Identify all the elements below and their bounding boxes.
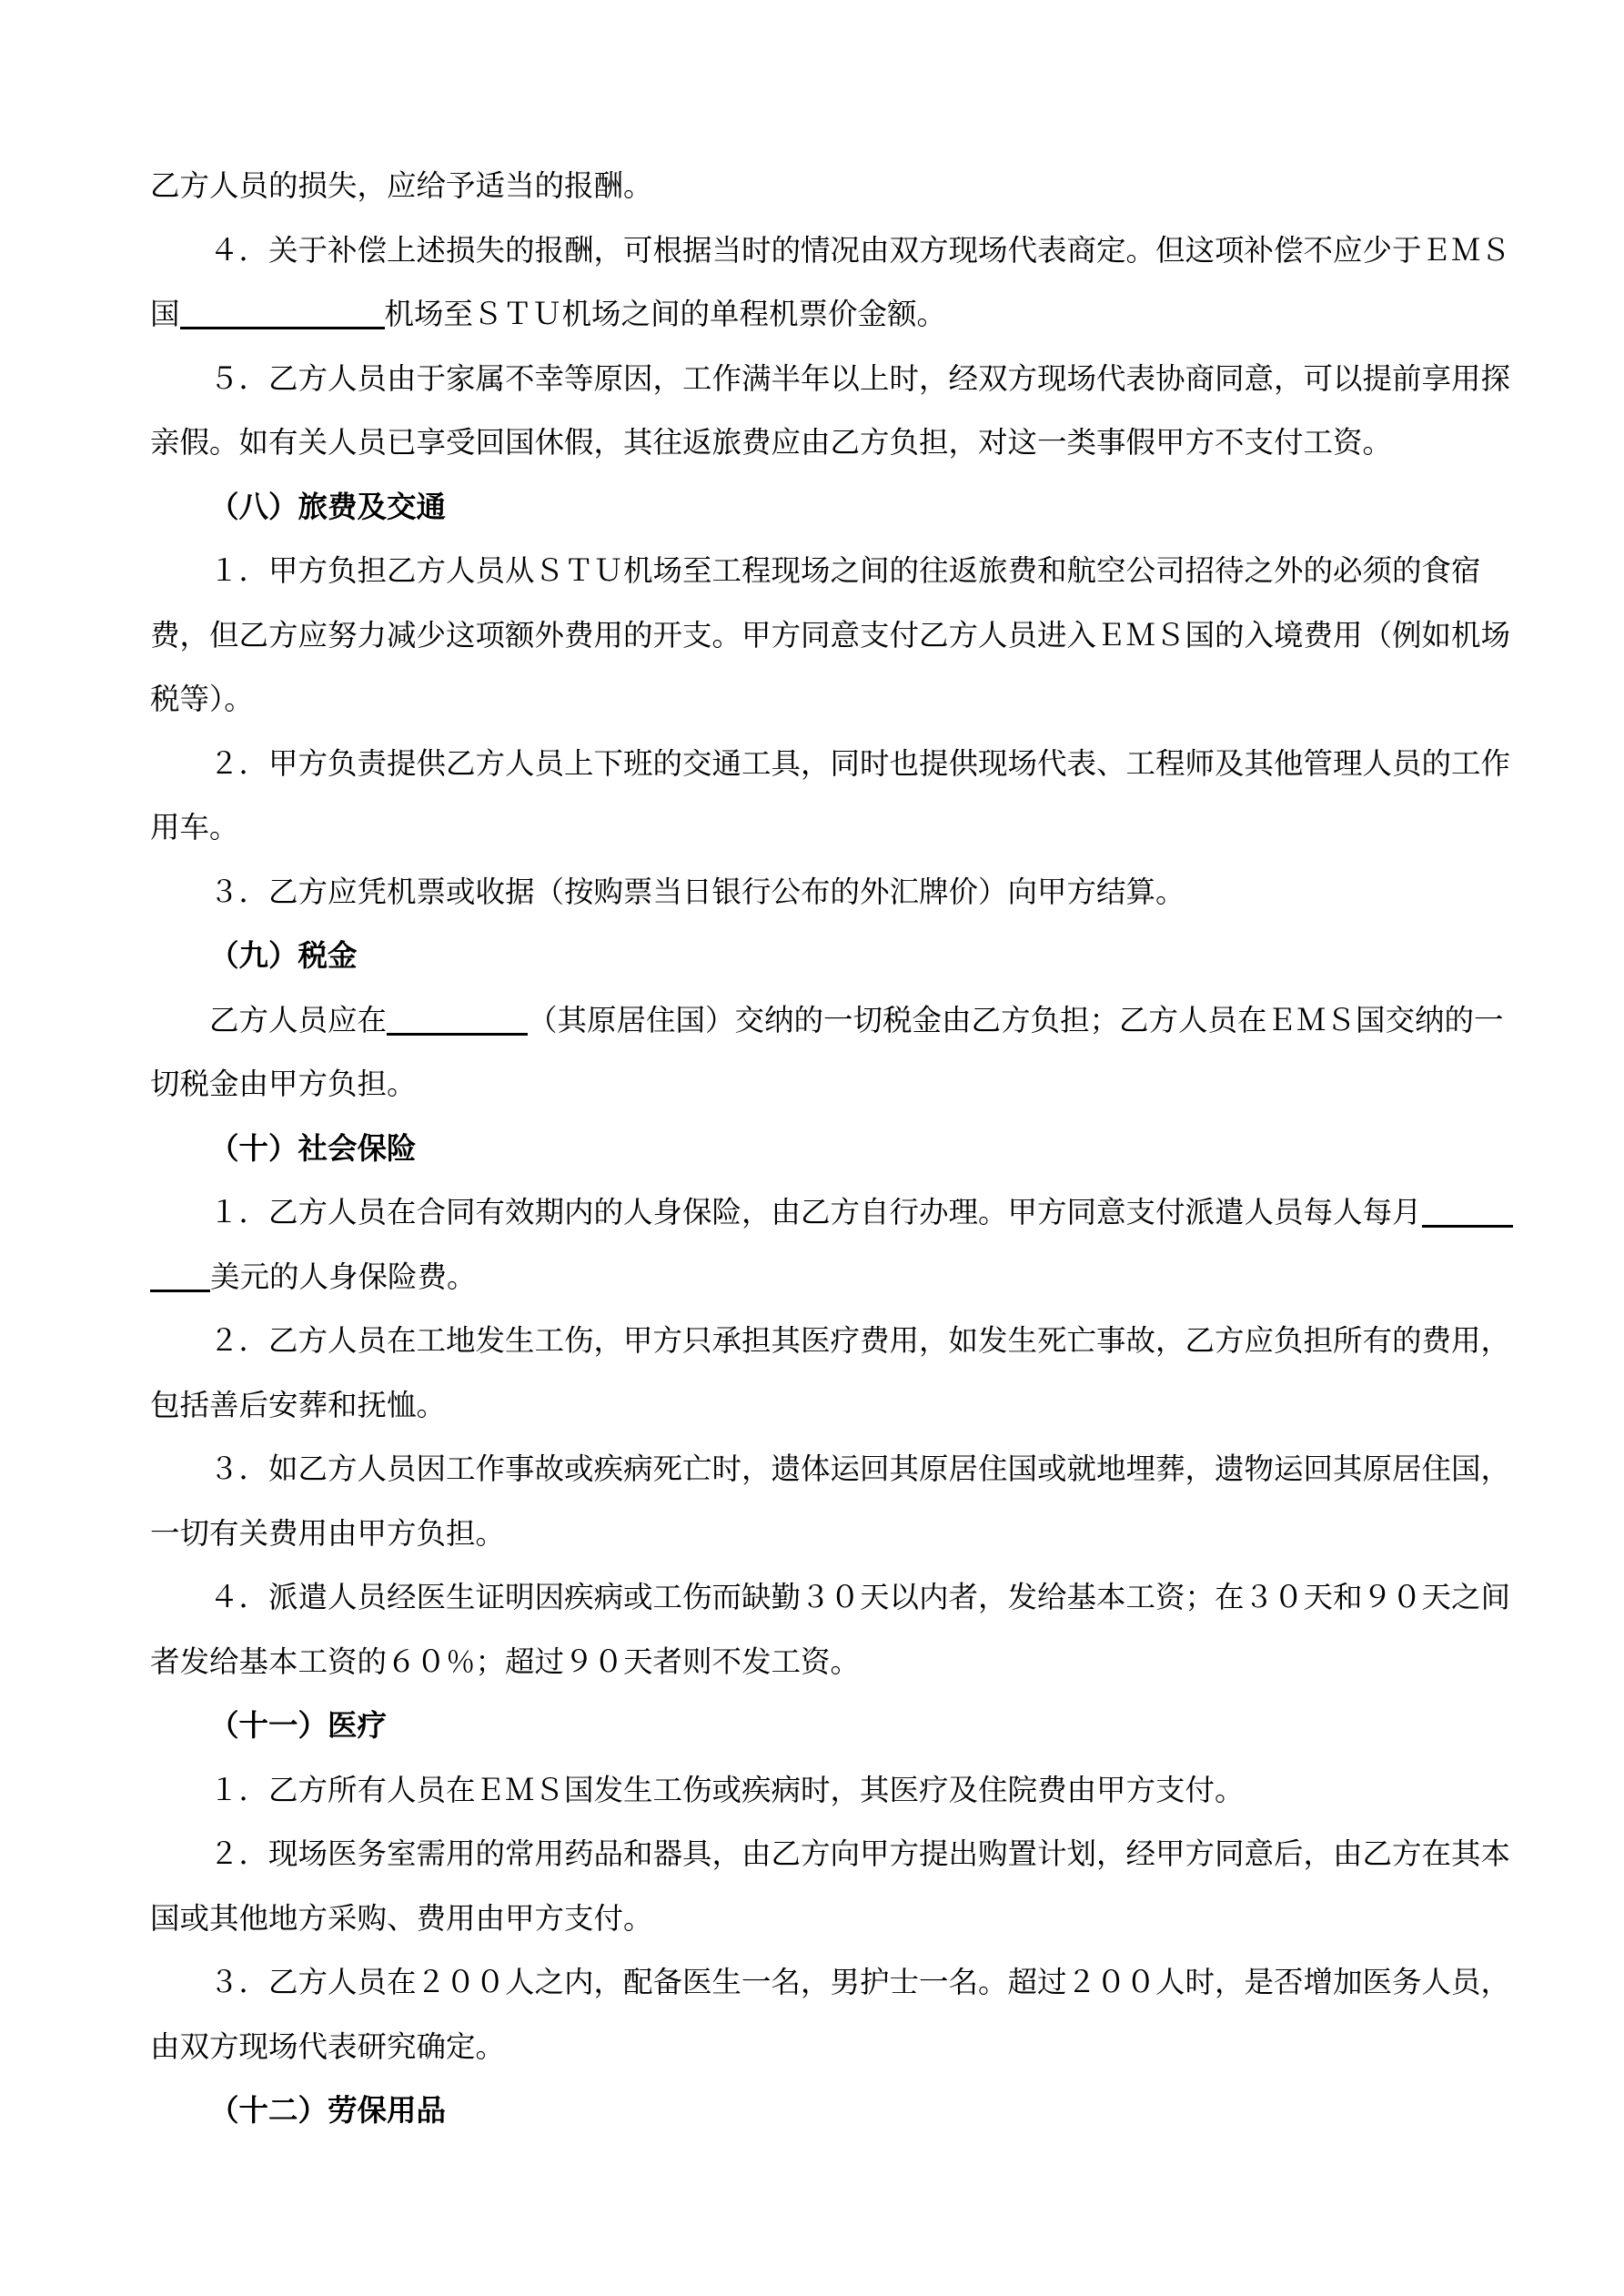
text-run: 乙方人员应在 bbox=[209, 1005, 387, 1037]
document-line: 国机场至ＳＴＵ机场之间的单程机票价金额。 bbox=[150, 283, 1522, 348]
text-run: 用车。 bbox=[150, 812, 239, 845]
text-run: １．乙方所有人员在ＥＭＳ国发生工伤或疾病时，其医疗及住院费由甲方支付。 bbox=[209, 1775, 1245, 1807]
text-run: 由双方现场代表研究确定。 bbox=[150, 2031, 505, 2064]
section-heading: （十一）医疗 bbox=[150, 1694, 1522, 1759]
document-line: 乙方人员的损失，应给予适当的报酬。 bbox=[150, 155, 1522, 219]
text-run: 者发给基本工资的６０％；超过９０天者则不发工资。 bbox=[150, 1646, 860, 1679]
text-run: （十）社会保险 bbox=[209, 1133, 417, 1166]
fill-in-blank-underline bbox=[1422, 1221, 1513, 1228]
fill-in-blank-underline bbox=[387, 1029, 528, 1036]
text-run: （十一）医疗 bbox=[209, 1710, 387, 1743]
document-line: 包括善后安葬和抚恤。 bbox=[150, 1374, 1522, 1439]
text-run: 亲假。如有关人员已享受回国休假，其往返旅费应由乙方负担，对这一类事假甲方不支付工… bbox=[150, 427, 1392, 460]
fill-in-blank-underline bbox=[180, 323, 385, 329]
text-run: １．乙方人员在合同有效期内的人身保险，由乙方自行办理。甲方同意支付派遣人员每人每… bbox=[209, 1197, 1422, 1229]
text-run: 切税金由甲方负担。 bbox=[150, 1068, 417, 1101]
text-run: （十二）劳保用品 bbox=[209, 2095, 446, 2128]
document-line: 切税金由甲方负担。 bbox=[150, 1053, 1522, 1118]
text-run: １．甲方负担乙方人员从ＳＴＵ机场至工程现场之间的往返旅费和航空公司招待之外的必须… bbox=[209, 555, 1481, 588]
document-line: 国或其他地方采购、费用由甲方支付。 bbox=[150, 1887, 1522, 1952]
section-heading: （九）税金 bbox=[150, 925, 1522, 989]
text-run: （其原居住国）交纳的一切税金由乙方负担；乙方人员在ＥＭＳ国交纳的一 bbox=[528, 1005, 1504, 1037]
text-run: ３．如乙方人员因工作事故或疾病死亡时，遗体运回其原居住国或就地埋葬，遗物运回其原… bbox=[209, 1453, 1510, 1486]
text-run: ５．乙方人员由于家属不幸等原因，工作满半年以上时，经双方现场代表协商同意，可以提… bbox=[209, 363, 1510, 396]
text-run: ３．乙方人员在２００人之内，配备医生一名，男护士一名。超过２００人时，是否增加医… bbox=[209, 1967, 1510, 1999]
text-run: ３．乙方应凭机票或收据（按购票当日银行公布的外汇牌价）向甲方结算。 bbox=[209, 876, 1185, 909]
section-heading: （十二）劳保用品 bbox=[150, 2079, 1522, 2144]
document-line: ２．甲方负责提供乙方人员上下班的交通工具，同时也提供现场代表、工程师及其他管理人… bbox=[150, 733, 1522, 797]
text-run: ４．关于补偿上述损失的报酬，可根据当时的情况由双方现场代表商定。但这项补偿不应少… bbox=[209, 235, 1510, 268]
document-line: 由双方现场代表研究确定。 bbox=[150, 2016, 1522, 2080]
section-heading: （十）社会保险 bbox=[150, 1118, 1522, 1182]
text-run: 费，但乙方应努力减少这项额外费用的开支。甲方同意支付乙方人员进入ＥＭＳ国的入境费… bbox=[150, 620, 1510, 652]
document-line: ３．乙方人员在２００人之内，配备医生一名，男护士一名。超过２００人时，是否增加医… bbox=[150, 1951, 1522, 2016]
document-line: 者发给基本工资的６０％；超过９０天者则不发工资。 bbox=[150, 1631, 1522, 1695]
text-run: 机场至ＳＴＵ机场之间的单程机票价金额。 bbox=[385, 298, 947, 331]
document-line: ４．关于补偿上述损失的报酬，可根据当时的情况由双方现场代表商定。但这项补偿不应少… bbox=[150, 219, 1522, 284]
text-run: 乙方人员的损失，应给予适当的报酬。 bbox=[150, 170, 653, 203]
document-line: 一切有关费用由甲方负担。 bbox=[150, 1502, 1522, 1567]
document-line: ３．如乙方人员因工作事故或疾病死亡时，遗体运回其原居住国或就地埋葬，遗物运回其原… bbox=[150, 1438, 1522, 1502]
fill-in-blank-underline bbox=[150, 1286, 210, 1292]
text-run: （九）税金 bbox=[209, 940, 358, 973]
text-run: ２．现场医务室需用的常用药品和器具，由乙方向甲方提出购置计划，经甲方同意后，由乙… bbox=[209, 1838, 1510, 1871]
text-run: （八）旅费及交通 bbox=[209, 491, 446, 524]
document-line: 用车。 bbox=[150, 796, 1522, 861]
document-line: ２．乙方人员在工地发生工伤，甲方只承担其医疗费用，如发生死亡事故，乙方应负担所有… bbox=[150, 1310, 1522, 1374]
document-line: 美元的人身保险费。 bbox=[150, 1246, 1522, 1310]
document-line: ３．乙方应凭机票或收据（按购票当日银行公布的外汇牌价）向甲方结算。 bbox=[150, 861, 1522, 925]
text-run: 包括善后安葬和抚恤。 bbox=[150, 1390, 446, 1422]
text-run: ４．派遣人员经医生证明因疾病或工伤而缺勤３０天以内者，发给基本工资；在３０天和９… bbox=[209, 1582, 1510, 1614]
page: { "page": { "background_color": "#ffffff… bbox=[0, 0, 1624, 2296]
text-run: 美元的人身保险费。 bbox=[210, 1261, 477, 1294]
text-run: ２．甲方负责提供乙方人员上下班的交通工具，同时也提供现场代表、工程师及其他管理人… bbox=[209, 748, 1510, 781]
text-run: 一切有关费用由甲方负担。 bbox=[150, 1518, 505, 1551]
document-line: ５．乙方人员由于家属不幸等原因，工作满半年以上时，经双方现场代表协商同意，可以提… bbox=[150, 348, 1522, 412]
document-line: １．乙方人员在合同有效期内的人身保险，由乙方自行办理。甲方同意支付派遣人员每人每… bbox=[150, 1181, 1522, 1246]
section-heading: （八）旅费及交通 bbox=[150, 476, 1522, 541]
document-line: 税等）。 bbox=[150, 668, 1522, 733]
document-line: ４．派遣人员经医生证明因疾病或工伤而缺勤３０天以内者，发给基本工资；在３０天和９… bbox=[150, 1566, 1522, 1631]
document-line: 费，但乙方应努力减少这项额外费用的开支。甲方同意支付乙方人员进入ＥＭＳ国的入境费… bbox=[150, 604, 1522, 669]
text-run: 税等）。 bbox=[150, 683, 254, 716]
document-line: １．乙方所有人员在ＥＭＳ国发生工伤或疾病时，其医疗及住院费由甲方支付。 bbox=[150, 1759, 1522, 1824]
document-line: 乙方人员应在（其原居住国）交纳的一切税金由乙方负担；乙方人员在ＥＭＳ国交纳的一 bbox=[150, 989, 1522, 1054]
text-run: 国 bbox=[150, 298, 180, 331]
contract-document: 乙方人员的损失，应给予适当的报酬。４．关于补偿上述损失的报酬，可根据当时的情况由… bbox=[0, 0, 1624, 2296]
text-run: ２．乙方人员在工地发生工伤，甲方只承担其医疗费用，如发生死亡事故，乙方应负担所有… bbox=[209, 1325, 1510, 1358]
document-line: 亲假。如有关人员已享受回国休假，其往返旅费应由乙方负担，对这一类事假甲方不支付工… bbox=[150, 411, 1522, 476]
text-run: 国或其他地方采购、费用由甲方支付。 bbox=[150, 1903, 653, 1936]
document-line: ２．现场医务室需用的常用药品和器具，由乙方向甲方提出购置计划，经甲方同意后，由乙… bbox=[150, 1823, 1522, 1887]
document-line: １．甲方负担乙方人员从ＳＴＵ机场至工程现场之间的往返旅费和航空公司招待之外的必须… bbox=[150, 540, 1522, 604]
